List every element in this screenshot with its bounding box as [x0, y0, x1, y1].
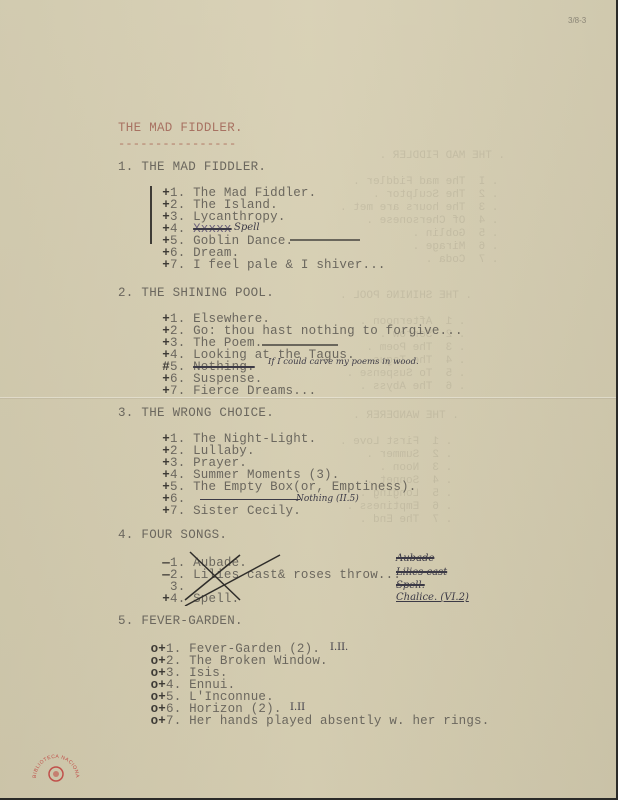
handwritten-note: Nothing (II.5) [296, 494, 359, 504]
handwritten-note: Spell [234, 222, 260, 233]
bracket-line [150, 186, 152, 244]
margin-note: Spell. [396, 580, 425, 591]
bleed-through-text-2: . THE SHINING POOL . . 1 Afternoon . . 2… [340, 290, 472, 394]
section-heading-2: 2. THE SHINING POOL. [118, 286, 274, 300]
library-stamp: BIBLIOTECA NACIONAL [28, 744, 84, 792]
list-item: +7. Fierce Dreams... [148, 384, 316, 398]
check-mark-icon: + [148, 592, 170, 606]
document-title: THE MAD FIDDLER. [118, 121, 243, 135]
section-heading-1: 1. THE MAD FIDDLER. [118, 160, 266, 174]
handwritten-note: I.II. [330, 642, 348, 653]
title-underline: ---------------- [118, 137, 236, 151]
list-item: +7. I feel pale & I shiver... [148, 258, 386, 272]
document-page: . THE MAD FIDDLER . . I The mad Fiddler … [0, 0, 616, 798]
circle-check-mark-icon: o+ [144, 714, 166, 728]
archive-number: 3/8-3 [568, 16, 586, 25]
pen-stroke [290, 239, 360, 241]
bleed-through-text-3: . THE WANDERER . . 1 First Love . . 2 Su… [340, 410, 459, 527]
margin-note: Aubade [396, 553, 434, 564]
handwritten-note: I.II [290, 702, 305, 713]
cross-out-strokes [180, 550, 290, 606]
bleed-through-text: . THE MAD FIDDLER . . I The mad Fiddler … [340, 150, 505, 267]
check-mark-icon: + [148, 384, 170, 398]
margin-note: Chalice. (VI.2) [396, 592, 469, 603]
list-item: o+7. Her hands played absently w. her ri… [144, 714, 489, 728]
section-heading-5: 5. FEVER-GARDEN. [118, 614, 243, 628]
list-item: +7. Sister Cecily. [148, 504, 301, 518]
section-heading-4: 4. FOUR SONGS. [118, 528, 227, 542]
margin-note: Lilies cast [396, 567, 447, 578]
handwritten-note: If I could carve my poems in wood. [268, 357, 419, 367]
list-item: +5. The Empty Box(or, Emptiness). [148, 480, 416, 494]
pen-stroke [262, 344, 338, 346]
section-heading-3: 3. THE WRONG CHOICE. [118, 406, 274, 420]
arrow-line [200, 499, 300, 500]
check-mark-icon: + [148, 504, 170, 518]
check-mark-icon: + [148, 258, 170, 272]
